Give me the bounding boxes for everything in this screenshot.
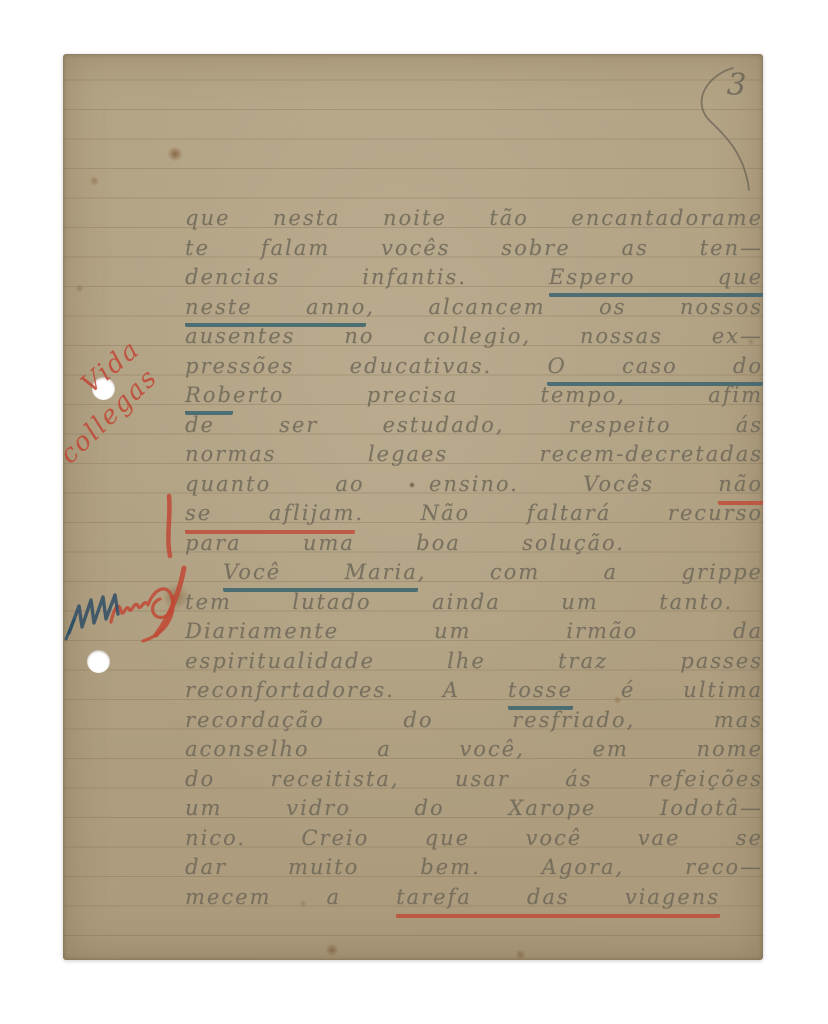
scan-background: 3 que nesta noite tão encantadorame te f… (0, 0, 828, 1024)
line-segment: um vidro do Xarope Iodotâ— (185, 796, 763, 820)
manuscript-line: do receitista, usar ás refeições (185, 767, 763, 794)
line-segment-underlined: Rob (185, 383, 233, 415)
manuscript-line: Você Maria, com a grippe (223, 560, 763, 587)
manuscript-line: dencias infantis. Espero que (185, 265, 763, 292)
manuscript-line: Diariamente um irmão da (185, 619, 763, 646)
line-segment-underlined: tarefa das viagens (396, 885, 720, 918)
manuscript-line: quanto ao ensino. Vocês não (185, 472, 763, 499)
line-segment: te falam vocês sobre as ten— (185, 236, 763, 260)
line-segment: é ultima (573, 678, 763, 702)
line-segment: Diariamente um irmão da (185, 619, 763, 643)
manuscript-line: nico. Creio que você vae se (185, 826, 763, 853)
line-segment: normas legaes recem-decretadas (185, 442, 763, 466)
page-number: 3 (726, 67, 768, 104)
manuscript-line: te falam vocês sobre as ten— (185, 236, 763, 263)
blue-scribble-annotation-2 (66, 620, 74, 639)
line-segment: mecem a (185, 885, 396, 909)
manuscript-line: de ser estudado, respeito ás (185, 413, 763, 440)
line-segment: , com a grippe (418, 560, 763, 584)
line-segment: para uma boa solução. (185, 531, 625, 555)
line-segment: , alcancem os nossos (366, 295, 763, 319)
line-segment: espiritualidade lhe traz passes (185, 649, 763, 673)
line-segment: recordação do resfriado, mas (185, 708, 763, 732)
line-segment: dencias infantis. (185, 265, 549, 289)
line-segment: tem lutado ainda um tanto. (185, 590, 733, 614)
line-segment: erto precisa tempo, afim (233, 383, 763, 407)
margin-scribbles (63, 484, 223, 664)
manuscript-line: normas legaes recem-decretadas (185, 442, 763, 469)
manuscript-line: recordação do resfriado, mas (185, 708, 763, 735)
line-segment-underlined: O caso do (547, 354, 763, 386)
line-segment: quanto ao ensino. Vocês (185, 472, 718, 496)
line-segment: pressões educativas. (185, 354, 547, 378)
line-segment-underlined: Espero que (549, 265, 763, 297)
line-segment: . Não faltará recurso (355, 501, 763, 525)
manuscript-line: se aflijam. Não faltará recurso (185, 501, 763, 528)
line-segment: do receitista, usar ás refeições (185, 767, 763, 791)
line-segment-underlined: tosse (508, 678, 573, 710)
manuscript-line: um vidro do Xarope Iodotâ— (185, 796, 763, 823)
red-scribble-annotation (111, 589, 173, 622)
red-stroke-annotation (168, 496, 170, 556)
red-scribble-slash (156, 568, 184, 635)
line-segment: de ser estudado, respeito ás (185, 413, 763, 437)
manuscript-line: ausentes no collegio, nossas ex— (185, 324, 763, 351)
manuscript-line: reconfortadores. A tosse é ultima (185, 678, 763, 705)
manuscript-line: aconselho a você, em nome (185, 737, 763, 764)
manuscript-line: tem lutado ainda um tanto. (185, 590, 733, 617)
manuscript-line: pressões educativas. O caso do (185, 354, 763, 381)
line-segment-underlined: Você Maria (223, 560, 418, 592)
line-segment: aconselho a você, em nome (185, 737, 763, 761)
manuscript-line: espiritualidade lhe traz passes (185, 649, 763, 676)
manuscript-line: para uma boa solução. (185, 531, 625, 558)
blue-scribble-annotation (69, 595, 118, 633)
manuscript-line: dar muito bem. Agora, reco— (185, 855, 763, 882)
line-segment: ausentes no collegio, nossas ex— (185, 324, 763, 348)
line-segment: dar muito bem. Agora, reco— (185, 855, 763, 879)
manuscript-line: mecem a tarefa das viagens (185, 885, 720, 912)
line-segment: reconfortadores. A (185, 678, 508, 702)
manuscript-line: neste anno, alcancem os nossos (185, 295, 763, 322)
manuscript-line: que nesta noite tão encantadorame (185, 206, 763, 233)
line-segment: que nesta noite tão encantadorame (185, 206, 763, 230)
manuscript-page: 3 que nesta noite tão encantadorame te f… (63, 54, 763, 960)
manuscript-line: Roberto precisa tempo, afim (185, 383, 763, 410)
line-segment: nico. Creio que você vae se (185, 826, 763, 850)
line-segment-underlined: neste anno (185, 295, 366, 327)
